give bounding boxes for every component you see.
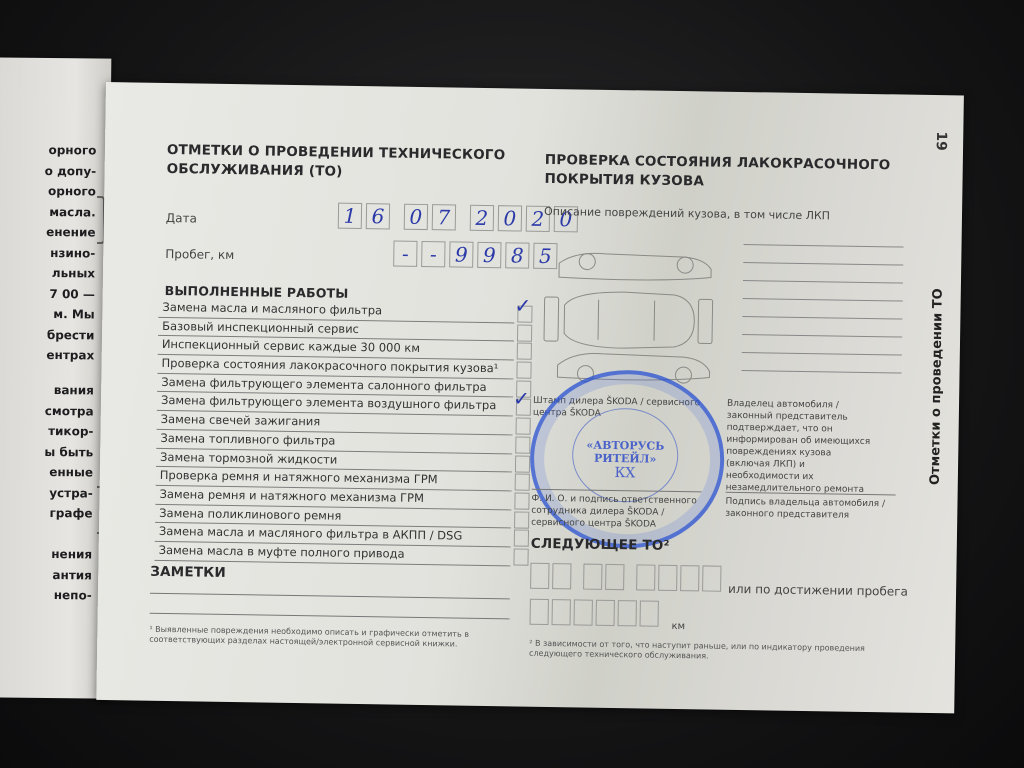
damage-description-label: Описание повреждений кузова, в том числе… <box>544 205 830 222</box>
description-line[interactable] <box>742 334 902 338</box>
footnote-2: ² В зависимости от того, что наступит ра… <box>529 639 899 665</box>
owner-signature-label: Подпись владельца автомобиля / законного… <box>725 496 895 523</box>
page-number: 19 <box>933 131 949 151</box>
digit-box[interactable] <box>583 564 602 590</box>
previous-page-line: енение <box>46 222 96 243</box>
previous-page-text-bottom: ваниясмотратикор-ы бытьенныеустра-графен… <box>0 57 111 58</box>
previous-page-line: ы быть <box>44 441 93 462</box>
previous-page-line: нзино- <box>50 243 95 264</box>
previous-page-line: нения <box>51 544 92 565</box>
digit-box[interactable]: 9 <box>449 241 473 267</box>
work-checkbox[interactable] <box>517 343 532 360</box>
date-label: Дата <box>166 211 197 225</box>
previous-page-line: устра- <box>49 483 93 504</box>
previous-page-line: вания <box>54 380 94 401</box>
digit-box[interactable]: - <box>393 241 417 267</box>
work-item-label: Замена фильтрующего элемента салонного ф… <box>161 375 487 394</box>
work-item-label: Замена масла и масляного фильтра <box>162 300 382 317</box>
description-line[interactable] <box>742 370 902 374</box>
previous-page-line: антия <box>52 565 92 586</box>
service-book-page: 19 Отметки о проведении ТО ОТМЕТКИ О ПРО… <box>96 82 964 713</box>
side-section-title: Отметки о проведении ТО <box>928 288 946 485</box>
mileage-label: Пробег, км <box>165 247 234 262</box>
car-diagram-icon <box>533 245 723 388</box>
digit-box[interactable] <box>574 599 593 625</box>
digit-box[interactable]: 0 <box>498 205 522 231</box>
work-checkbox[interactable]: ✓ <box>517 305 532 322</box>
previous-page-line: масла. <box>49 201 96 222</box>
owner-statement: Владелец автомобиля / законный представи… <box>726 398 877 496</box>
previous-page-line: ентрах <box>46 345 94 366</box>
work-checkbox[interactable] <box>514 511 529 528</box>
next-service-date-field[interactable] <box>530 563 721 592</box>
work-checkbox[interactable] <box>515 436 530 453</box>
works-list: Замена масла и масляного фильтра✓Базовый… <box>154 299 514 566</box>
previous-page-line: тикор- <box>48 421 94 442</box>
date-field[interactable]: 16072020 <box>338 203 578 233</box>
description-line[interactable] <box>742 316 902 320</box>
digit-box[interactable] <box>552 599 571 625</box>
digit-box[interactable]: 6 <box>366 203 390 229</box>
previous-page-line: орного <box>48 181 96 202</box>
work-checkbox[interactable] <box>515 455 530 472</box>
previous-page-line: 7 00 — <box>49 284 95 305</box>
work-checkbox[interactable]: ✓ <box>516 399 531 416</box>
digit-box[interactable] <box>640 600 659 626</box>
work-item-label: Замена фильтрующего элемента воздушного … <box>161 393 497 412</box>
work-item-label: Замена свечей зажигания <box>161 412 321 429</box>
previous-page-line: о допу- <box>45 160 97 181</box>
digit-box[interactable]: 9 <box>477 242 501 268</box>
digit-box[interactable] <box>658 565 677 591</box>
notes-line[interactable] <box>150 593 510 600</box>
work-item-label: Базовый инспекционный сервис <box>162 319 359 336</box>
work-checkbox[interactable] <box>514 530 529 547</box>
work-checkbox[interactable] <box>514 492 529 509</box>
description-line[interactable] <box>744 244 904 248</box>
digit-box[interactable] <box>530 563 549 589</box>
work-checkbox[interactable] <box>517 324 532 341</box>
paint-check-title: ПРОВЕРКА СОСТОЯНИЯ ЛАКОКРАСОЧНОГО ПОКРЫТ… <box>544 151 890 194</box>
stamp-code: КХ <box>573 464 677 482</box>
digit-box[interactable] <box>596 600 615 626</box>
km-label: км <box>671 621 685 632</box>
next-service-title: СЛЕДУЮЩЕЕ ТО² <box>531 535 670 556</box>
previous-page: орногоо допу-орногомасла.енениензино-льн… <box>0 57 111 698</box>
work-checkbox[interactable] <box>516 362 531 379</box>
description-line[interactable] <box>743 262 903 266</box>
digit-box[interactable]: 8 <box>505 242 529 268</box>
notes-line[interactable] <box>150 613 510 620</box>
previous-page-line: льных <box>52 263 95 284</box>
work-item-label: Замена ремня и натяжного механизма ГРМ <box>159 487 424 505</box>
work-item-label: Проверка ремня и натяжного механизма ГРМ <box>160 468 438 486</box>
previous-page-text-top: орногоо допу-орногомасла.енениензино-льн… <box>0 57 111 58</box>
digit-box[interactable]: - <box>421 241 445 267</box>
work-item-label: Замена тормозной жидкости <box>160 449 337 466</box>
work-checkbox[interactable] <box>516 418 531 435</box>
check-mark-icon: ✓ <box>513 394 530 404</box>
digit-box[interactable] <box>680 565 699 591</box>
digit-box[interactable]: 0 <box>404 204 428 230</box>
digit-box[interactable] <box>636 564 655 590</box>
digit-box[interactable]: 7 <box>432 204 456 230</box>
digit-box[interactable] <box>605 564 624 590</box>
work-item-label: Замена масла и масляного фильтра в АКПП … <box>159 524 463 543</box>
maintenance-title: ОТМЕТКИ О ПРОВЕДЕНИИ ТЕХНИЧЕСКОГО ОБСЛУЖ… <box>166 141 505 184</box>
digit-box[interactable] <box>530 599 549 625</box>
previous-page-line: графе <box>49 503 92 524</box>
digit-box[interactable]: 1 <box>338 203 362 229</box>
previous-page-line: орного <box>48 140 96 161</box>
stamp-name: «АВТОРУСЬ РИТЕЙЛ» <box>573 438 677 466</box>
description-line[interactable] <box>742 352 902 356</box>
work-item-label: Проверка состояния лакокрасочного покрыт… <box>161 356 498 375</box>
previous-page-line: смотра <box>45 400 94 421</box>
work-item-label: Инспекционный сервис каждые 30 000 км <box>162 337 420 355</box>
digit-box[interactable] <box>552 563 571 589</box>
check-mark-icon: ✓ <box>514 300 531 310</box>
work-checkbox[interactable] <box>513 548 528 565</box>
work-checkbox[interactable] <box>515 474 530 491</box>
mileage-field[interactable]: --9985 <box>393 241 557 270</box>
previous-page-line: м. Мы <box>53 304 95 325</box>
employee-signature-label: Ф. И. О. и подпись ответственного сотруд… <box>531 493 702 532</box>
notes-title: ЗАМЕТКИ <box>150 563 226 583</box>
work-item-label: Замена поликлинового ремня <box>159 505 341 522</box>
description-line[interactable] <box>743 298 903 302</box>
previous-page-line: енные <box>49 462 93 483</box>
digit-box[interactable]: 2 <box>470 205 494 231</box>
digit-box[interactable] <box>618 600 637 626</box>
work-item-label: Замена масла в муфте полного привода <box>159 543 405 561</box>
previous-page-line: непо- <box>54 585 92 606</box>
or-mileage-label: или по достижении пробега <box>728 582 908 599</box>
previous-page-line: бpести <box>47 324 95 345</box>
footnote-1: ¹ Выявленные повреждения необходимо опис… <box>149 625 519 651</box>
damage-description-lines <box>106 82 964 95</box>
digit-box[interactable] <box>702 565 721 591</box>
work-item-label: Замена топливного фильтра <box>160 431 335 448</box>
description-line[interactable] <box>743 280 903 284</box>
next-service-mileage-field[interactable] <box>530 599 659 627</box>
